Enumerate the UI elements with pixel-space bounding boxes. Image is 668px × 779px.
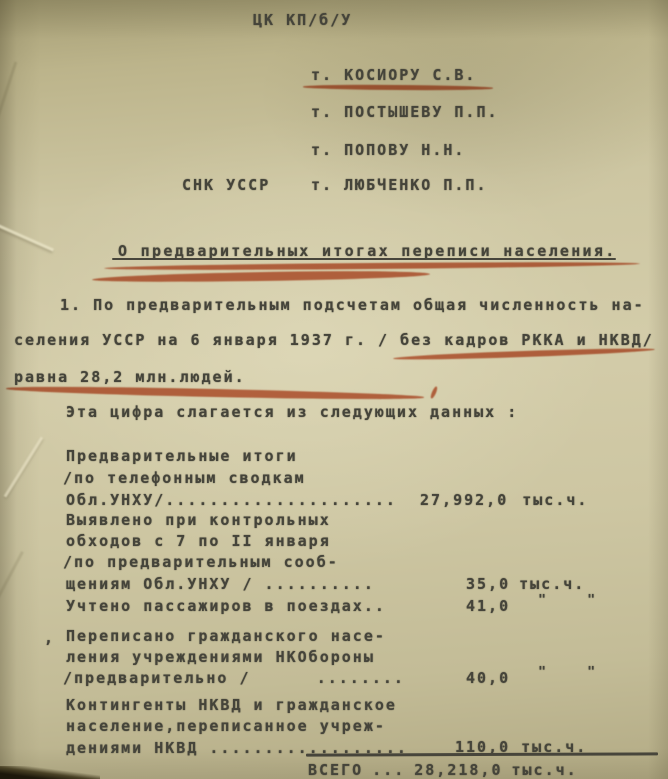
item4-line2: ления учреждениями НКОбороны [66, 648, 375, 666]
item3-line1: Учтено пассажиров в поездах.. [66, 597, 386, 615]
item1-line3: Обл.УНХУ/..................... [66, 491, 397, 509]
item2-line2: обходов с 7 по II января [66, 532, 331, 550]
item3-ditto-marks: " " [538, 593, 597, 608]
addressee-lyubchenko: т. ЛЮБЧЕНКО П.П. [311, 176, 488, 194]
item1-unit: тыс.ч. [522, 491, 588, 509]
item5-line2: население,переписанное учреж- [66, 717, 386, 735]
total-unit: тыс.ч. [512, 761, 578, 779]
red-underline-28mln [6, 385, 424, 401]
addressee-popov: т. ПОПОВУ Н.Н. [311, 141, 465, 159]
red-underline-title-upper [104, 261, 640, 272]
photo-corner-shadow [0, 766, 100, 779]
item4-value-row: 40,0" " [466, 669, 597, 687]
intro-line: Эта цифра слагается из следующих данных … [66, 403, 518, 421]
paper-crease [0, 61, 17, 138]
para1-line1: 1. По предварительным подсчетам общая чи… [60, 296, 645, 314]
item2-line1: Выявлено при контрольных [66, 511, 331, 529]
para1-line2-plain: селения УССР на 6 января 1937 г. / [14, 331, 400, 349]
item3-value: 41,0 [466, 597, 510, 615]
item3-value-row: 41,0" " [466, 597, 597, 615]
item5-line1: Контингенты НКВД и гражданское [66, 696, 397, 714]
org-header: ЦК КП/б/У [253, 11, 352, 29]
para1-line2-marked: без кадров РККА и НКВД/ [400, 331, 654, 349]
total-row: ВСЕГО...28,218,0тыс.ч. [308, 761, 578, 779]
item2-value: 35,0 [466, 575, 510, 593]
item1-value-row: 27,992,0тыс.ч. [420, 491, 588, 509]
item1-line1: Предварительные итоги [66, 447, 298, 465]
document-page: ЦК КП/б/У т. КОСИОРУ С.В. т. ПОСТЫШЕВУ П… [0, 0, 668, 779]
title-typed-underline [112, 258, 616, 260]
paper-crease [0, 224, 54, 252]
item4-ditto-marks: " " [538, 665, 597, 680]
item2-line4: щениям Обл.УНХУ / .......... [66, 575, 375, 593]
para1-line3: равна 28,2 млн.людей. [14, 368, 246, 386]
addressee-kosior: т. КОСИОРУ С.В. [311, 66, 476, 84]
item2-unit: тыс.ч. [519, 575, 585, 593]
total-label: ВСЕГО [308, 761, 363, 779]
stray-comma-mark: , [44, 629, 55, 647]
snk-ussr-label: СНК УССР [182, 176, 270, 194]
total-dots: ... [372, 761, 405, 779]
item4-value: 40,0 [466, 669, 510, 687]
item2-value-row: 35,0тыс.ч. [466, 575, 585, 593]
addressee-postyshev: т. ПОСТЫШЕВУ П.П. [311, 103, 499, 121]
paper-crease [0, 551, 24, 609]
red-underline-title-lower [92, 270, 430, 284]
item4-line3: /предварительно / ........ [63, 669, 405, 687]
red-underline-kosior [303, 84, 493, 90]
item1-value: 27,992,0 [420, 491, 508, 509]
item4-line1: Переписано гражданского насе- [66, 627, 386, 645]
para1-line2: селения УССР на 6 января 1937 г. / без к… [14, 331, 654, 349]
item1-line2: /по телефонным сводкам [63, 469, 306, 487]
paper-crease [4, 437, 44, 498]
red-tick-mark [430, 386, 439, 400]
item2-line3: /по предварительным сооб- [63, 553, 339, 571]
total-value: 28,218,0 [414, 761, 502, 779]
